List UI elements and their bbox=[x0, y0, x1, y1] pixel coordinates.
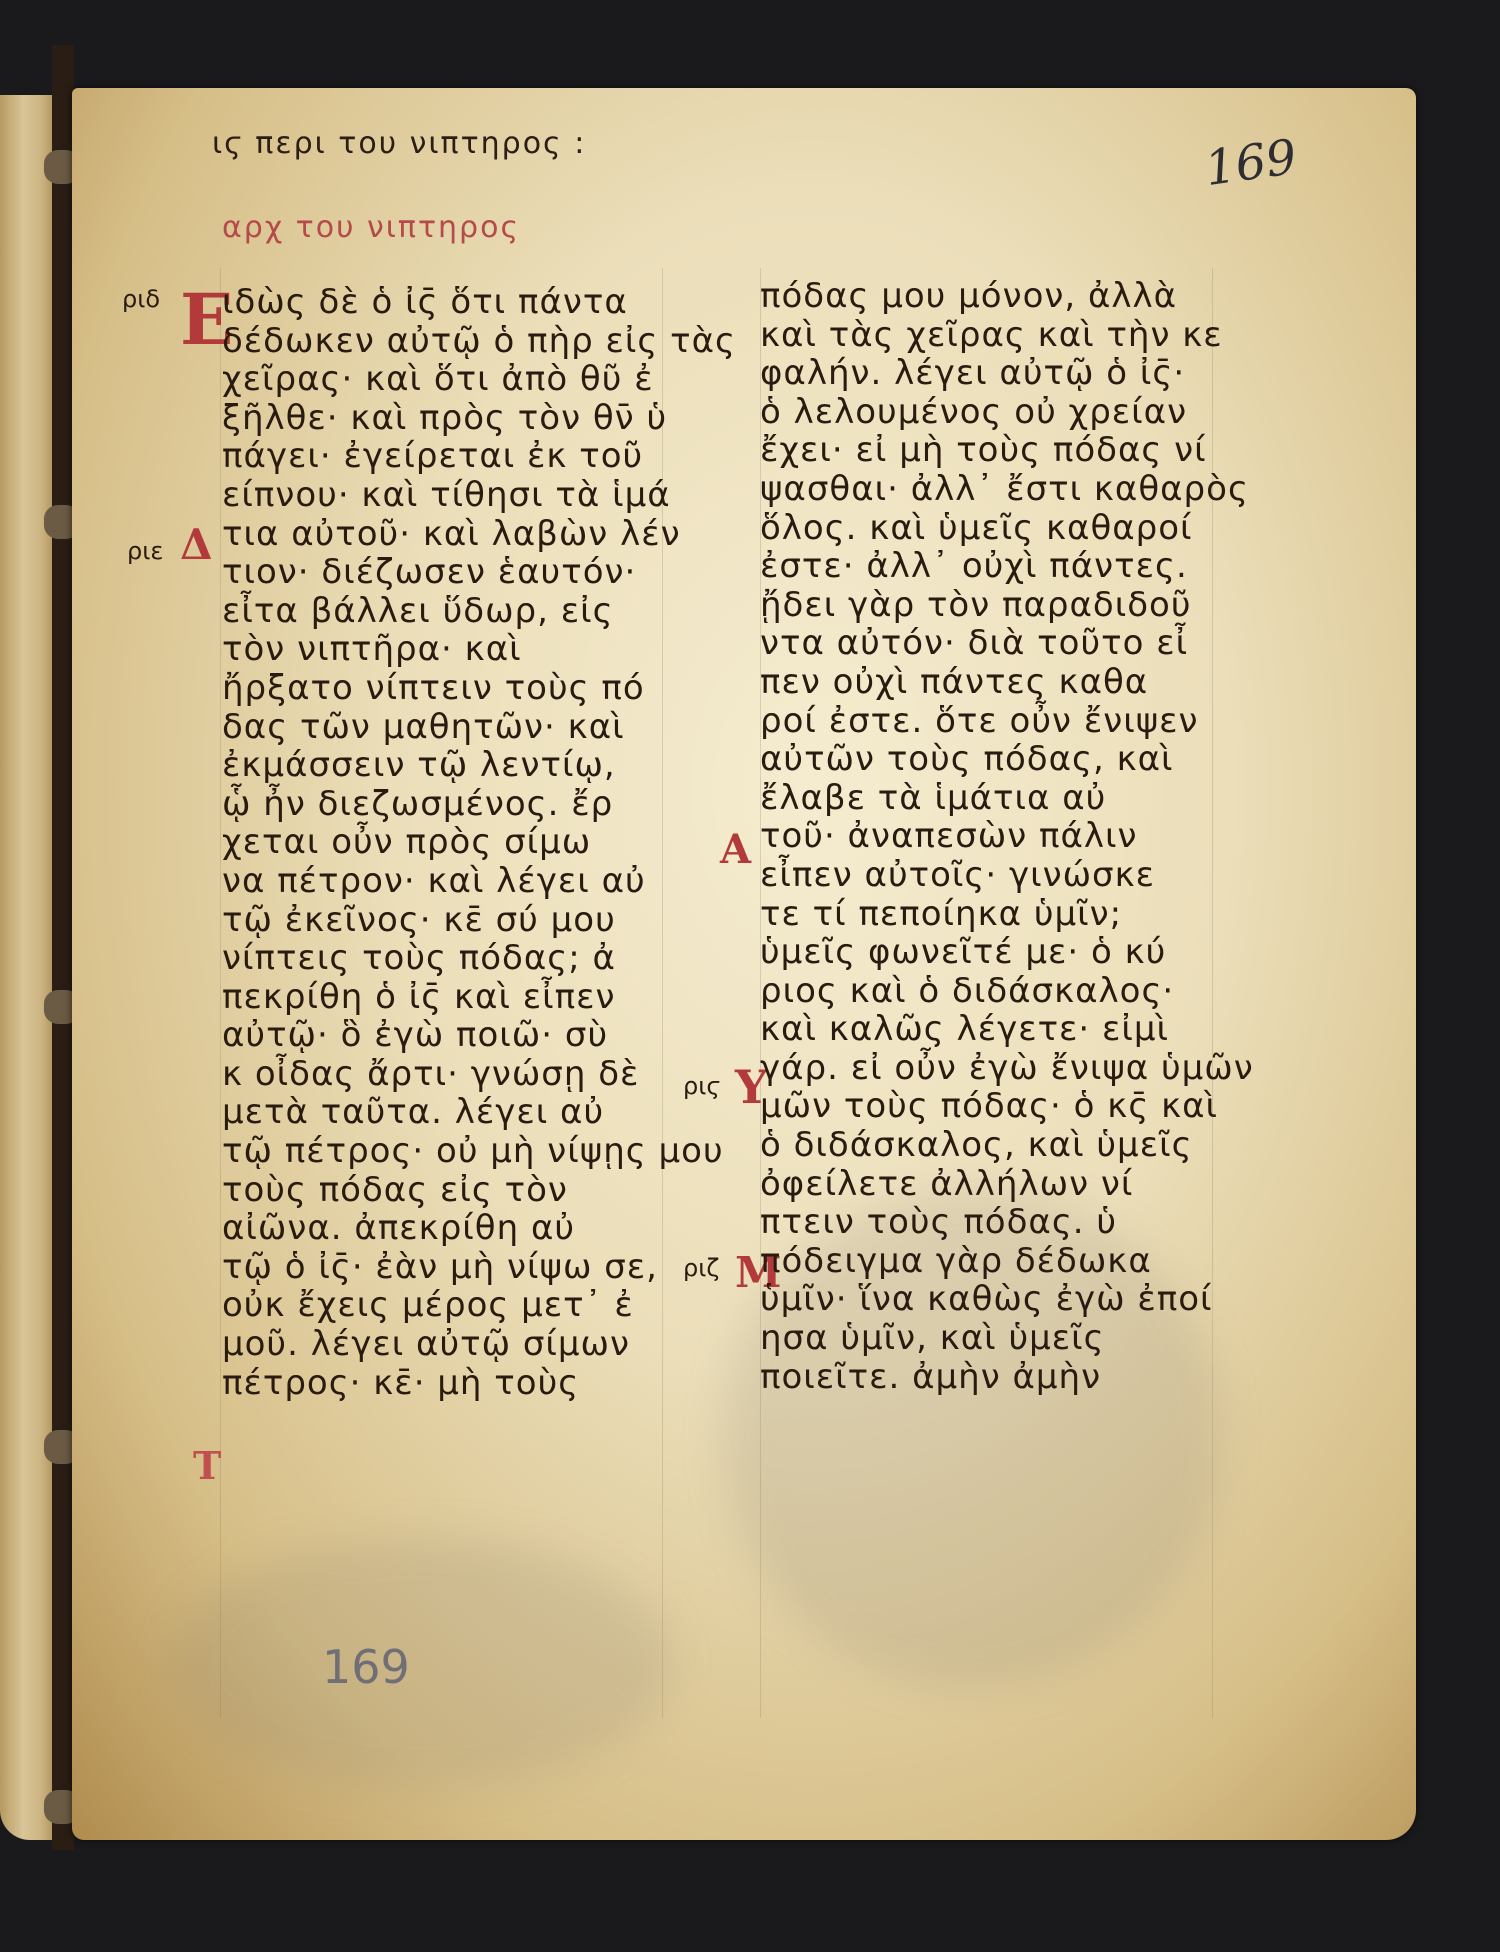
text-line: φαλήν. λέγει αὐτῷ ὁ ἰς̄· bbox=[760, 354, 1254, 393]
text-line: πάγει· ἐγείρεται ἐκ τοῦ bbox=[222, 437, 736, 476]
text-line: γάρ. εἰ οὖν ἐγὼ ἔνιψα ὑμῶν bbox=[760, 1049, 1254, 1088]
text-line: τὸν νιπτῆρα· καὶ bbox=[222, 630, 736, 669]
ruling-line bbox=[220, 268, 221, 1718]
text-line: τοῦ· ἀναπεσὼν πάλιν bbox=[760, 817, 1254, 856]
text-line: ἐκμάσσειν τῷ λεντίῳ, bbox=[222, 746, 736, 785]
folio-number-pencil: 169 bbox=[322, 1640, 410, 1694]
text-line: ἔλαβε τὰ ἱμάτια αὐ bbox=[760, 779, 1254, 818]
text-line: τε τί πεποίηκα ὑμῖν; bbox=[760, 895, 1254, 934]
text-line: νίπτεις τοὺς πόδας; ἀ bbox=[222, 939, 736, 978]
text-line: ριος καὶ ὁ διδάσκαλος· bbox=[760, 972, 1254, 1011]
red-initial: Δ bbox=[180, 520, 213, 569]
text-line: ὀφείλετε ἀλλήλων νί bbox=[760, 1165, 1254, 1204]
text-line: ψασθαι· ἀλλ᾽ ἔστι καθαρὸς bbox=[760, 470, 1254, 509]
text-line: ιδὼς δὲ ὁ ἰς̄ ὅτι πάντα bbox=[222, 283, 736, 322]
text-line: τιον· διέζωσεν ἑαυτόν· bbox=[222, 553, 736, 592]
text-line: αἰῶνα. ἀπεκρίθη αὐ bbox=[222, 1209, 736, 1248]
text-line: ροί ἐστε. ὅτε οὖν ἔνιψεν bbox=[760, 702, 1254, 741]
text-line: είπνου· καὶ τίθησι τὰ ἱμά bbox=[222, 476, 736, 515]
text-line: ἐστε· ἀλλ᾽ οὐχὶ πάντες. bbox=[760, 547, 1254, 586]
text-line: ἔχει· εἰ μὴ τοὺς πόδας νί bbox=[760, 431, 1254, 470]
binding-gutter bbox=[52, 45, 74, 1850]
adjacent-leaf-edge bbox=[0, 95, 58, 1840]
text-line: μετὰ ταῦτα. λέγει αὐ bbox=[222, 1093, 736, 1132]
text-line: καὶ τὰς χεῖρας καὶ τὴν κε bbox=[760, 316, 1254, 355]
text-line: ὁ διδάσκαλος, καὶ ὑμεῖς bbox=[760, 1126, 1254, 1165]
text-line: πόδας μου μόνον, ἀλλὰ bbox=[760, 277, 1254, 316]
running-head: ιϛ περι του νιπτηρος : bbox=[212, 126, 586, 161]
text-line: οὐκ ἔχεις μέρος μετ᾽ ἐ bbox=[222, 1286, 736, 1325]
text-line: πέτρος· κε̄· μὴ τοὺς bbox=[222, 1364, 736, 1403]
text-line: τῷ ὁ ἰς̄· ἐὰν μὴ νίψω σε, bbox=[222, 1248, 736, 1287]
text-line: χεται οὖν πρὸς σίμω bbox=[222, 823, 736, 862]
water-stain bbox=[172, 1538, 672, 1788]
text-line: ὅλος. καὶ ὑμεῖς καθαροί bbox=[760, 509, 1254, 548]
text-line: τοὺς πόδας εἰς τὸν bbox=[222, 1171, 736, 1210]
text-line: μοῦ. λέγει αὐτῷ σίμων bbox=[222, 1325, 736, 1364]
right-text-column: πόδας μου μόνον, ἀλλὰ καὶ τὰς χεῖρας καὶ… bbox=[760, 277, 1254, 1396]
text-line: ὑμεῖς φωνεῖτέ με· ὁ κύ bbox=[760, 933, 1254, 972]
text-line: ποιεῖτε. ἀμὴν ἀμὴν bbox=[760, 1358, 1254, 1397]
text-line: ξῆλθε· καὶ πρὸς τὸν θν̄ ὑ bbox=[222, 399, 736, 438]
left-text-column: ιδὼς δὲ ὁ ἰς̄ ὅτι πάντα δέδωκεν αὐτῷ ὁ π… bbox=[222, 283, 736, 1402]
text-line: ὁ λελουμένος οὐ χρείαν bbox=[760, 393, 1254, 432]
text-line: κ οἶδας ἄρτι· γνώσῃ δὲ bbox=[222, 1055, 736, 1094]
text-line: εἶτα βάλλει ὕδωρ, εἰς bbox=[222, 592, 736, 631]
red-initial: Τ bbox=[193, 1443, 221, 1488]
marginal-number: ριε bbox=[127, 537, 163, 565]
text-line: τια αὐτοῦ· καὶ λαβὼν λέν bbox=[222, 515, 736, 554]
text-line: καὶ καλῶς λέγετε· εἰμὶ bbox=[760, 1010, 1254, 1049]
text-line: ὑμῖν· ἵνα καθὼς ἐγὼ ἐποί bbox=[760, 1280, 1254, 1319]
text-line: ἤρξατο νίπτειν τοὺς πό bbox=[222, 669, 736, 708]
text-line: δας τῶν μαθητῶν· καὶ bbox=[222, 708, 736, 747]
text-line: πεν οὐχὶ πάντες καθα bbox=[760, 663, 1254, 702]
text-line: ᾧ ἦν διεζωσμένος. ἔρ bbox=[222, 785, 736, 824]
rubric-title: αρχ του νιπτηρος bbox=[222, 210, 520, 245]
text-line: αὐτῷ· ὃ ἐγὼ ποιῶ· σὺ bbox=[222, 1016, 736, 1055]
text-line: να πέτρον· καὶ λέγει αὐ bbox=[222, 862, 736, 901]
text-line: ᾔδει γὰρ τὸν παραδιδοῦ bbox=[760, 586, 1254, 625]
text-line: τῷ πέτρος· οὐ μὴ νίψῃς μου bbox=[222, 1132, 736, 1171]
text-line: εἶπεν αὐτοῖς· γινώσκε bbox=[760, 856, 1254, 895]
text-line: πόδειγμα γὰρ δέδωκα bbox=[760, 1242, 1254, 1281]
text-line: χεῖρας· καὶ ὅτι ἀπὸ θῦ ἐ bbox=[222, 360, 736, 399]
text-line: πτειν τοὺς πόδας. ὑ bbox=[760, 1203, 1254, 1242]
text-line: ντα αὐτόν· διὰ τοῦτο εἶ bbox=[760, 624, 1254, 663]
marginal-number: ριδ bbox=[122, 285, 160, 313]
text-line: δέδωκεν αὐτῷ ὁ πὴρ εἰς τὰς bbox=[222, 322, 736, 361]
text-line: πεκρίθη ὁ ἰς̄ καὶ εἶπεν bbox=[222, 978, 736, 1017]
text-line: τῷ ἐκεῖνος· κε̄ σύ μου bbox=[222, 901, 736, 940]
text-line: αὐτῶν τοὺς πόδας, καὶ bbox=[760, 740, 1254, 779]
text-line: μῶν τοὺς πόδας· ὁ κς̄ καὶ bbox=[760, 1087, 1254, 1126]
text-line: ησα ὑμῖν, καὶ ὑμεῖς bbox=[760, 1319, 1254, 1358]
